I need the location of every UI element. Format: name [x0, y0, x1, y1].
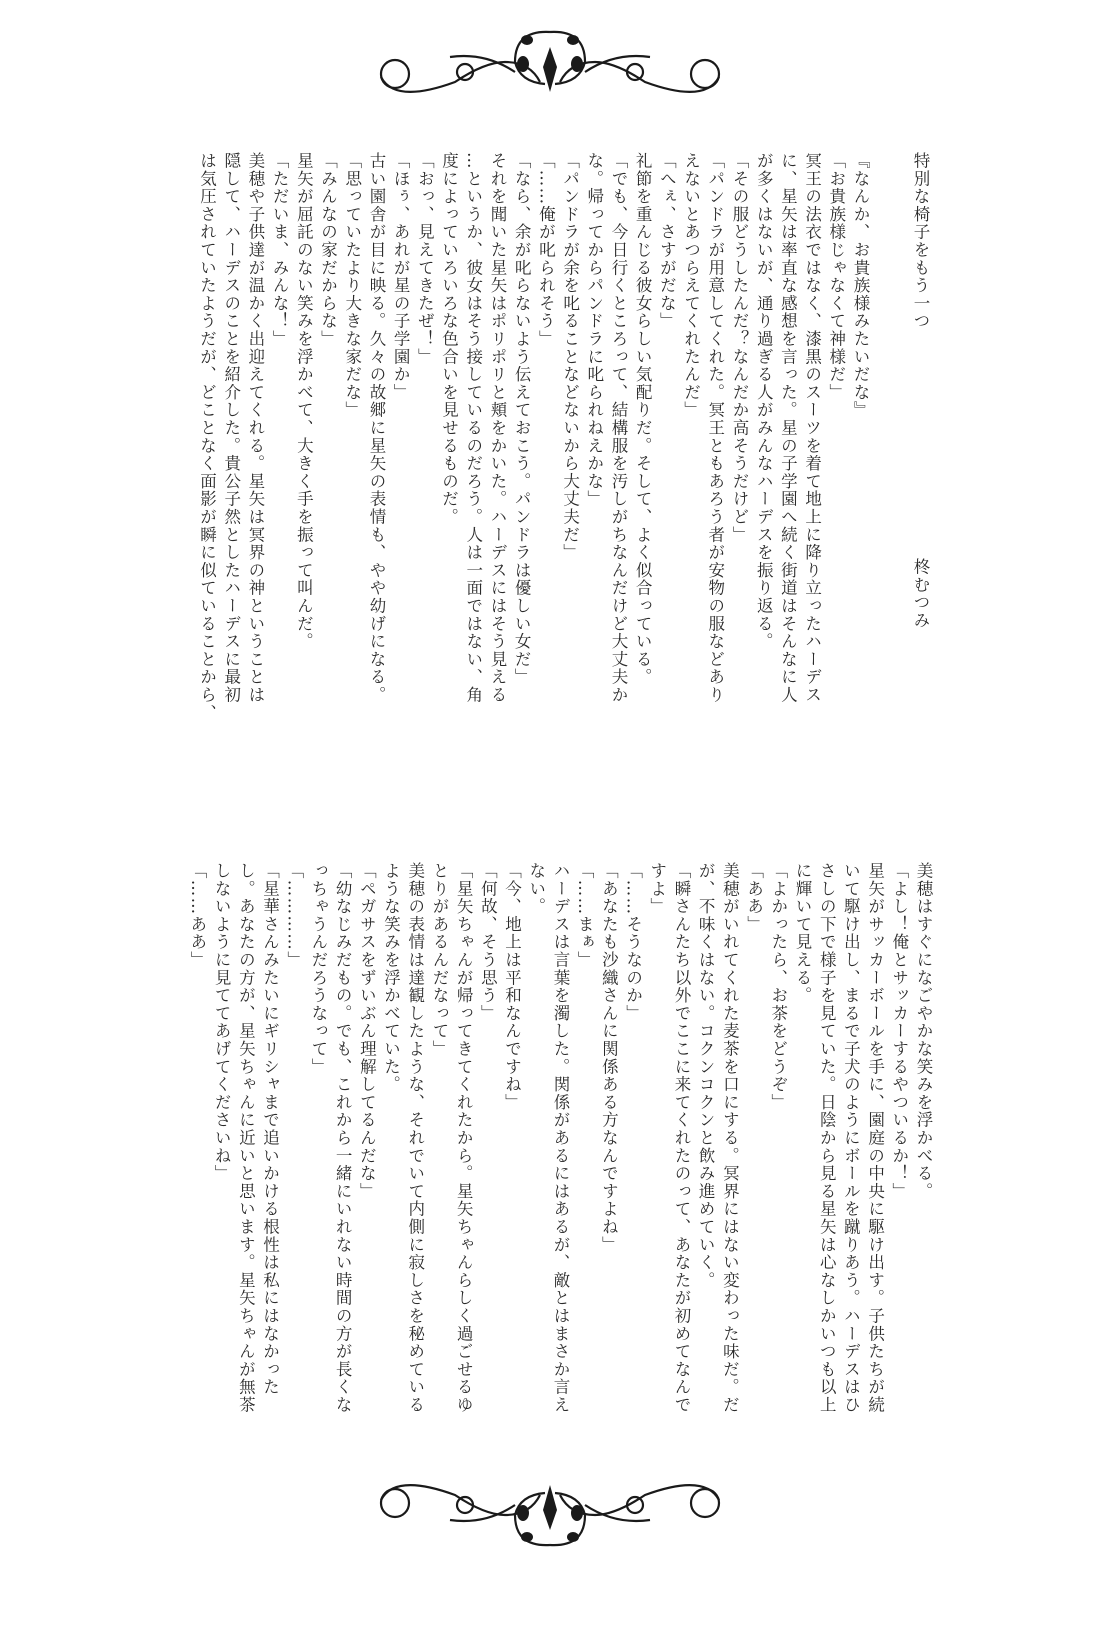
text-line: 美穂がいれてくれた麦茶を口にする。冥界にはない変わった味だ。だ [717, 862, 741, 1452]
text-line: 「……俺が叱られそう」 [533, 152, 557, 742]
text-line: 美穂はすぐになごやかな笑みを浮かべる。 [911, 862, 935, 1452]
text-line: いて駆け出し、まるで子犬のようにボールを蹴りあう。ハーデスはひ [838, 862, 862, 1452]
text-line: に輝いて見える。 [790, 862, 814, 1452]
text-line: 礼節を重んじる彼女らしい気配りだ。そして、よく似合っている。 [630, 152, 654, 742]
text-line: 「お貴族様じゃなくて神様だ」 [824, 152, 848, 742]
text-line: 「ただいま、みんな！」 [267, 152, 291, 742]
text-line: 「パンドラが余を叱ることなどないから大丈夫だ」 [557, 152, 581, 742]
text-line: 星矢がサッカーボールを手に、園庭の中央に駆け出す。子供たちが続 [862, 862, 886, 1452]
text-line: 「思っていたより大きな家だな」 [340, 152, 364, 742]
text-line: が、不味くはない。コクンコクンと飲み進めていく。 [693, 862, 717, 1452]
text-block-bottom: 美穂はすぐになごやかな笑みを浮かべる。「よし！俺とサッカーするやついるか！」星矢… [185, 862, 935, 1452]
text-line: 「でも、今日行くところって、結構服を汚しがちなんだけど大丈夫か [606, 152, 630, 742]
text-line: 「何故、そう思う」 [475, 862, 499, 1452]
text-block-top: 『なんか、お貴族様みたいだな』「お貴族様じゃなくて神様だ」冥王の法衣ではなく、漆… [194, 152, 872, 742]
text-line: 「ほぅ、あれが星の子学園か」 [388, 152, 412, 742]
text-line: しないように見ててあげてくださいね」 [209, 862, 233, 1452]
text-line: に、星矢は率直な感想を言った。星の子学園へ続く街道はそんなに人 [775, 152, 799, 742]
text-line: 「…………」 [282, 862, 306, 1452]
text-line: 「ああ」 [741, 862, 765, 1452]
text-line: えないとあつらえてくれたんだ」 [678, 152, 702, 742]
text-line: が多くはないが、通り過ぎる人がみんなハーデスを振り返る。 [751, 152, 775, 742]
text-line: し。あなたの方が、星矢ちゃんに近いと思います。星矢ちゃんが無茶 [233, 862, 257, 1452]
text-line: とりがあるんだなって」 [427, 862, 451, 1452]
text-line: …というか、彼女はそう接しているのだろう。人は一面ではない、角 [461, 152, 485, 742]
text-line: ハーデスは言葉を濁した。関係があるにはあるが、敵とはまさか言え [548, 862, 572, 1452]
text-line: 「なら、余が叱らないよう伝えておこう。パンドラは優しい女だ」 [509, 152, 533, 742]
text-line: 「おっ、見えてきたぜ！」 [412, 152, 436, 742]
text-line: さしの下で様子を見ていた。日陰から見る星矢は心なしかいつも以上 [814, 862, 838, 1452]
text-line: 『なんか、お貴族様みたいだな』 [848, 152, 872, 742]
text-line: 度によっていろいろな色合いを見せるものだ。 [436, 152, 460, 742]
text-line: 「……まぁ」 [572, 862, 596, 1452]
text-line: 「パンドラが用意してくれた。冥王ともあろう者が安物の服などあり [703, 152, 727, 742]
text-line: 「幼なじみだもの。でも、これから一緒にいれない時間の方が長くな [330, 862, 354, 1452]
author-name: 柊むつみ [908, 558, 932, 629]
text-line: 「……ああ」 [185, 862, 209, 1452]
text-line: 隠して、ハーデスのことを紹介した。貴公子然としたハーデスに最初 [219, 152, 243, 742]
text-line: 星矢が屈託のない笑みを浮かべて、大きく手を振って叫んだ。 [291, 152, 315, 742]
text-line: 「へぇ、さすがだな」 [654, 152, 678, 742]
ornament-divider-top-icon [355, 22, 745, 102]
text-line: 「今、地上は平和なんですね」 [499, 862, 523, 1452]
text-line: 「……そうなのか」 [620, 862, 644, 1452]
text-line: 美穂や子供達が温かく出迎えてくれる。星矢は冥界の神ということは [243, 152, 267, 742]
text-line: 「あなたも沙織さんに関係ある方なんですよね」 [596, 862, 620, 1452]
text-line: ない。 [524, 862, 548, 1452]
text-line: 「星華さんみたいにギリシャまで追いかける根性は私にはなかった [257, 862, 281, 1452]
text-line: 冥王の法衣ではなく、漆黒のスーツを着て地上に降り立ったハーデス [799, 152, 823, 742]
text-line: 美穂の表情は達観したような、それでいて内側に寂しさを秘めている [403, 862, 427, 1452]
text-line: 「ペガサスをずいぶん理解してるんだな」 [354, 862, 378, 1452]
text-line: は気圧されていたようだが、どことなく面影が瞬に似ていることから、 [194, 152, 218, 742]
ornament-divider-bottom-icon [355, 1475, 745, 1555]
text-line: 「よかったら、お茶をどうぞ」 [766, 862, 790, 1452]
text-line: 「みんなの家だからな」 [315, 152, 339, 742]
text-line: すよ」 [645, 862, 669, 1452]
text-line: 古い園舎が目に映る。久々の故郷に星矢の表情も、やや幼げになる。 [364, 152, 388, 742]
text-line: っちゃうんだろうなって」 [306, 862, 330, 1452]
text-line: 「よし！俺とサッカーするやついるか！」 [887, 862, 911, 1452]
text-line: ような笑みを浮かべていた。 [378, 862, 402, 1452]
story-title: 特別な椅子をもう一つ [908, 152, 932, 330]
text-line: 「瞬さんたち以外でここに来てくれたのって、あなたが初めてなんで [669, 862, 693, 1452]
text-line: 「その服どうしたんだ？なんだか高そうだけど」 [727, 152, 751, 742]
text-line: な。帰ってからパンドラに叱られねえかな」 [582, 152, 606, 742]
text-line: 「星矢ちゃんが帰ってきてくれたから。星矢ちゃんらしく過ごせるゆ [451, 862, 475, 1452]
text-line: それを聞いた星矢はポリポリと頬をかいた。ハーデスにはそう見える [485, 152, 509, 742]
